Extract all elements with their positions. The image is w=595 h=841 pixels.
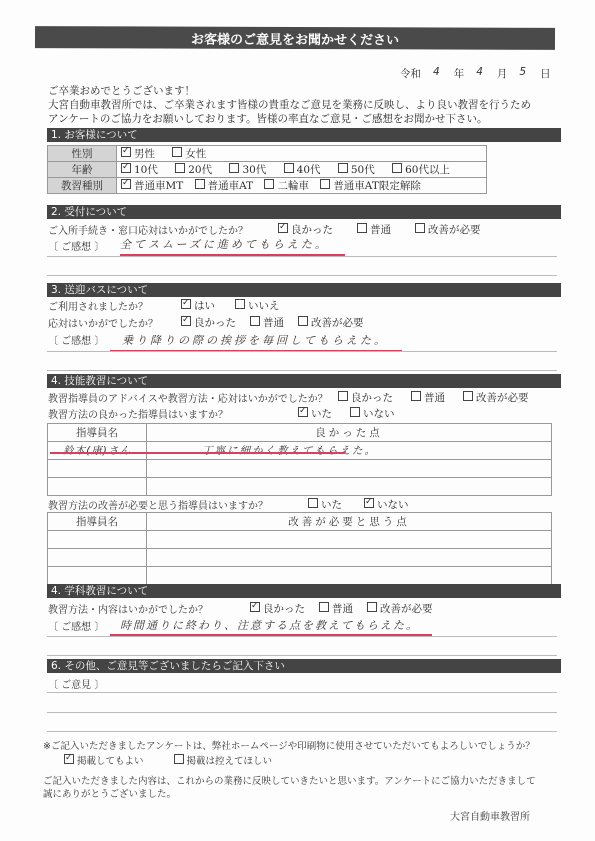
date-month[interactable]: 4 [476,66,483,81]
checkbox-checked-icon[interactable] [181,316,191,326]
bus-comment[interactable]: 乗り降りの際の挨拶を毎回してもらえた。 [122,332,388,348]
column-header: 改善が必要と思う点 [147,513,552,531]
good-point-cell[interactable]: 丁寧に細かく教えてもらえた。 [147,442,552,460]
checkbox-checked-icon[interactable] [298,407,308,417]
question-text: ご入所手続き・窓口応対はいかがでしたか？ [48,222,248,237]
option-no[interactable]: いいえ [235,298,280,313]
question-text: 教習方法・内容はいかがでしたか？ [48,601,248,616]
option-label: 良かった [351,392,393,404]
option-age-10s[interactable]: 10代 [121,162,158,177]
option-normal[interactable]: 普通 [411,390,445,405]
option-normal[interactable]: 普通 [319,601,353,616]
checkbox-icon[interactable] [338,391,348,401]
red-underline [50,452,345,454]
course-type-options: 普通車MT 普通車AT 二輪車 普通車AT限定解除 [117,178,487,194]
option-female[interactable]: 女性 [172,146,206,161]
section-header-customer: 1. お客様について [47,128,561,142]
table-row: 鈴木(康)さん 丁寧に細かく教えてもらえた。 [48,442,552,460]
option-yes[interactable]: はい [181,298,215,313]
table-header-row: 指導員名 良かった点 [48,424,552,442]
checkbox-checked-icon[interactable] [278,223,288,233]
question-text: 教習方法の改善が必要と思う指導員はいますか？ [48,497,308,512]
checkbox-checked-icon[interactable] [121,147,131,157]
checkbox-checked-icon[interactable] [121,163,131,173]
option-label: 20代 [188,164,212,176]
school-signature: 大宮自動車教習所 [450,808,530,823]
option-label: 二輪車 [277,180,309,192]
option-label: 普通 [332,603,353,615]
option-label: 良かった [291,224,333,236]
option-male[interactable]: 男性 [121,146,155,161]
table-row [48,531,552,549]
option-age-20s[interactable]: 20代 [175,162,212,177]
reception-comment[interactable]: 全てスムーズに進めてもらえた。 [120,236,329,252]
checkbox-icon[interactable] [235,299,245,309]
option-needs-improvement[interactable]: 改善が必要 [367,601,433,616]
section-header-shuttle-bus: 3. 送迎バスについて [47,283,561,297]
improvement-instructor-table: 指導員名 改善が必要と思う点 [47,512,552,585]
intro-line: ご卒業おめでとうございます！ [48,84,531,98]
closing-line: ご記入いただきました内容は、これからの業務に反映していきたいと思います。アンケー… [43,775,536,788]
comment-line [47,731,557,732]
option-no[interactable]: いない [350,406,395,421]
classroom-question-row: 教習方法・内容はいかがでしたか？ 良かった 普通 改善が必要 [48,601,447,616]
checkbox-icon[interactable] [229,163,239,173]
customer-info-table: 性別 男性 女性 年齢 10代 20代 30代 40代 50代 60代以上 教習… [47,145,487,194]
improvement-point-cell[interactable] [147,531,552,549]
checkbox-checked-icon[interactable] [250,602,260,612]
table-row: 教習種別 普通車MT 普通車AT 二輪車 普通車AT限定解除 [48,178,487,194]
good-instructor-row: 教習方法の良かった指導員はいますか？ いた いない [48,406,409,421]
comment-label: 〔 ご意見 〕 [48,676,104,691]
option-label: 改善が必要 [311,317,364,329]
checkbox-icon[interactable] [175,163,185,173]
option-needs-improvement[interactable]: 改善が必要 [298,315,364,330]
option-label: 普通 [424,392,445,404]
section-header-driving-lessons: 4. 技能教習について [47,374,561,388]
date-era: 令和 [400,66,421,81]
checkbox-icon[interactable] [298,316,308,326]
option-good[interactable]: 良かった [181,315,236,330]
instructor-name-cell[interactable] [48,460,147,478]
comment-line [47,692,557,693]
good-instructor-table: 指導員名 良かった点 鈴木(康)さん 丁寧に細かく教えてもらえた。 [47,423,552,496]
option-label: 普通車AT限定解除 [333,180,421,192]
improvement-point-cell[interactable] [147,567,552,585]
option-label: いいえ [248,300,280,312]
option-age-40s[interactable]: 40代 [284,162,321,177]
good-point-cell[interactable] [147,478,552,496]
option-label: 普通 [370,224,391,236]
option-label: いない [363,408,395,420]
option-allow-publish[interactable]: 掲載してもよい [64,753,144,767]
column-header: 良かった点 [147,424,552,442]
option-label: 男性 [134,148,155,160]
option-label: 女性 [185,148,206,160]
instructor-name-cell[interactable] [48,567,147,585]
table-row: 性別 男性 女性 [48,146,487,162]
option-label: 60代以上 [405,164,450,176]
option-label: 掲載は控えてほしい [187,756,273,767]
checkbox-icon[interactable] [195,179,205,189]
checkbox-icon[interactable] [415,223,425,233]
table-row [48,567,552,585]
option-label: 普通車MT [134,180,183,192]
option-yes[interactable]: いた [308,497,342,512]
checkbox-checked-icon[interactable] [121,179,131,189]
option-age-50s[interactable]: 50代 [338,162,375,177]
comment-line [47,275,557,276]
checkbox-icon[interactable] [320,179,330,189]
bus-usage-row: ご利用されましたか？ はい いいえ [48,298,294,313]
table-header-row: 指導員名 改善が必要と思う点 [48,513,552,531]
checkbox-icon[interactable] [367,602,377,612]
comment-line [47,712,557,713]
instructor-name-cell[interactable] [48,478,147,496]
option-label: 30代 [242,164,266,176]
section-header-other-feedback: 6. その他、ご意見等ございましたらご記入下さい [47,659,561,673]
checkbox-icon[interactable] [174,754,184,764]
option-good[interactable]: 良かった [250,601,305,616]
intro-line: 大宮自動車教習所では、ご卒業されます皆様の貴重なご意見を業務に反映し、より良い教… [48,98,531,112]
section-header-reception: 2. 受付について [47,205,561,219]
option-label: 良かった [263,603,305,615]
closing-line: 誠にありがとうございました。 [43,788,536,801]
instructor-rating-row: 教習指導員のアドバイスや教習方法・応対はいかがでしたか？ 良かった 普通 改善が… [48,390,543,405]
date-field: 令和 4 年 4 月 5 日 [400,66,551,81]
gender-label: 性別 [48,146,117,162]
form-title: お客様のご意見をお聞かせください [35,26,555,50]
date-year[interactable]: 4 [433,66,440,81]
age-label: 年齢 [48,162,117,178]
option-age-60s-plus[interactable]: 60代以上 [392,162,450,177]
instructor-name-cell[interactable] [48,549,147,567]
option-decline-publish[interactable]: 掲載は控えてほしい [174,753,273,767]
option-label: 普通車AT [208,180,254,192]
intro-text: ご卒業おめでとうございます！ 大宮自動車教習所では、ご卒業されます皆様の貴重なご… [48,84,531,126]
option-mt[interactable]: 普通車MT [121,178,183,193]
date-day[interactable]: 5 [519,66,526,81]
option-at[interactable]: 普通車AT [195,178,254,193]
table-row: 年齢 10代 20代 30代 40代 50代 60代以上 [48,162,487,178]
comment-line [47,351,557,352]
option-label: 掲載してもよい [77,756,144,767]
checkbox-icon[interactable] [250,316,260,326]
checkbox-icon[interactable] [338,163,348,173]
checkbox-icon[interactable] [463,391,473,401]
comment-line [47,370,557,371]
option-label: 良かった [194,317,236,329]
table-row [48,478,552,496]
checkbox-icon[interactable] [392,163,402,173]
comment-line [47,655,557,656]
instructor-name-cell[interactable]: 鈴木(康)さん [48,442,147,460]
option-normal[interactable]: 普通 [250,315,284,330]
option-label: いた [311,408,332,420]
option-yes[interactable]: いた [298,406,332,421]
option-good[interactable]: 良かった [338,390,393,405]
question-text: 応対はいかがでしたか？ [48,315,178,330]
date-year-label: 年 [454,66,465,81]
consent-question: ※ご記入いただきましたアンケートは、弊社ホームページや印刷物に使用させていただい… [43,738,535,752]
instructor-name-cell[interactable] [48,531,147,549]
comment-line [47,256,557,257]
option-label: 普通 [263,317,284,329]
option-label: いない [377,499,409,511]
reception-question-row: ご入所手続き・窓口応対はいかがでしたか？ 良かった 普通 改善が必要 [48,222,495,237]
checkbox-icon[interactable] [308,498,318,508]
question-text: 教習方法の良かった指導員はいますか？ [48,406,298,421]
column-header: 指導員名 [48,513,147,531]
checkbox-icon[interactable] [172,147,182,157]
question-text: ご利用されましたか？ [48,298,178,313]
comment-line [47,636,557,637]
column-header: 指導員名 [48,424,147,442]
bus-service-row: 応対はいかがでしたか？ 良かった 普通 改善が必要 [48,315,378,330]
option-good[interactable]: 良かった [278,222,333,237]
checkbox-icon[interactable] [357,223,367,233]
checkbox-checked-icon[interactable] [64,754,74,764]
improvement-point-cell[interactable] [147,549,552,567]
option-at-limit-removal[interactable]: 普通車AT限定解除 [320,178,421,193]
classroom-comment[interactable]: 時間通りに終わり、注意する点を教えてもらえた。 [120,617,419,633]
option-label: 改善が必要 [428,224,481,236]
checkbox-checked-icon[interactable] [364,498,374,508]
option-label: 10代 [134,164,158,176]
course-type-label: 教習種別 [48,178,117,194]
checkbox-icon[interactable] [284,163,294,173]
consent-options: 掲載してもよい 掲載は控えてほしい [64,753,286,767]
improvement-instructor-row: 教習方法の改善が必要と思う指導員はいますか？ いた いない [48,497,423,512]
section-header-classroom-lessons: 4. 学科教習について [47,584,561,598]
date-day-label: 日 [540,66,551,81]
intro-line: アンケートのご協力をお願いしております。皆様の率直なご意見・ご感想をお聞かせ下さ… [48,112,531,126]
closing-text: ご記入いただきました内容は、これからの業務に反映していきたいと思います。アンケー… [43,775,536,801]
question-text: 教習指導員のアドバイスや教習方法・応対はいかがでしたか？ [48,390,338,405]
option-age-30s[interactable]: 30代 [229,162,266,177]
option-label: 改善が必要 [380,603,433,615]
checkbox-icon[interactable] [411,391,421,401]
option-no[interactable]: いない [364,497,409,512]
checkbox-checked-icon[interactable] [181,299,191,309]
table-row [48,549,552,567]
checkbox-icon[interactable] [350,407,360,417]
option-motorcycle[interactable]: 二輪車 [264,178,309,193]
date-month-label: 月 [497,66,508,81]
option-normal[interactable]: 普通 [357,222,391,237]
comment-label: 〔 ご感想 〕 [48,238,104,253]
checkbox-icon[interactable] [264,179,274,189]
age-options: 10代 20代 30代 40代 50代 60代以上 [117,162,487,178]
gender-options: 男性 女性 [117,146,487,162]
table-row [48,460,552,478]
good-point-cell[interactable] [147,460,552,478]
option-needs-improvement[interactable]: 改善が必要 [463,390,529,405]
comment-label: 〔 ご感想 〕 [48,332,104,347]
comment-label: 〔 ご感想 〕 [48,618,104,633]
option-label: 40代 [297,164,321,176]
option-label: はい [194,300,215,312]
option-label: 50代 [351,164,375,176]
checkbox-icon[interactable] [319,602,329,612]
option-needs-improvement[interactable]: 改善が必要 [415,222,481,237]
option-label: いた [321,499,342,511]
option-label: 改善が必要 [476,392,529,404]
